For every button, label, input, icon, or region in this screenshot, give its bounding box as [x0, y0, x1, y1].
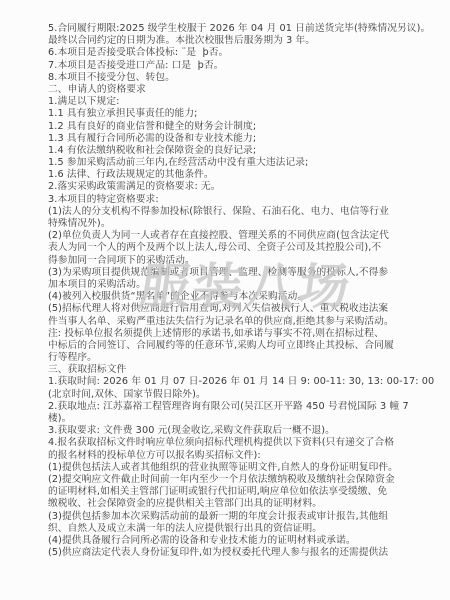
document-line: 楼)。 [48, 413, 440, 425]
document-line: 件当事人名单、采购严重违法失信行为记录名单的供应商,拒绝其参与采购活动。 [48, 316, 440, 328]
document-line: 1.4 有依法缴纳税收和社会保障资金的良好记录; [48, 145, 440, 157]
document-line: 行等程序。 [48, 352, 440, 364]
document-line: 得参加同一合同项下的采购活动。 [48, 255, 440, 267]
document-line: (4)被列入校服供货“黑名单”的企业不得参与本次采购活动。 [48, 291, 440, 303]
document-line: (4)提供具备履行合同所必需的设备和专业技术能力的证明材料或承诺。 [48, 535, 440, 547]
document-body: 5.合同履行期限:2025 级学生校服于 2026 年 04 月 01 日前送货… [48, 23, 440, 559]
document-line: 2.获取地点: 江苏嘉裕工程管理咨询有限公司(吴江区开平路 450 号君悦国际 … [48, 401, 440, 413]
document-line: 8.本项目不接受分包、转包。 [48, 72, 440, 84]
document-line: (2)提交响应文件截止时间前一年内至少一个月依法缴纳税收及缴纳社会保障资金 [48, 474, 440, 486]
document-line: 加本项目的采购活动。 [48, 279, 440, 291]
document-line: (5)供应商法定代表人身份证复印件,如为授权委托代理人参与报名的还需提供法 [48, 547, 440, 559]
document-line: 3.本项目的特定资格要求: [48, 194, 440, 206]
document-line: 4.报名获取招标文件时响应单位须向招标代理机构提供以下资料(只有递交了合格 [48, 437, 440, 449]
document-line: 二、申请人的资格要求 [48, 84, 440, 96]
document-line: 1.5 参加采购活动前三年内,在经营活动中没有重大违法记录; [48, 157, 440, 169]
document-line: 缴税收、社会保障资金的应提供相关主管部门出具的证明材料。 [48, 498, 440, 510]
document-line: 1.2 具有良好的商业信誉和健全的财务会计制度; [48, 121, 440, 133]
document-line: (1)法人的分支机构不得参加投标(除银行、保险、石油石化、电力、电信等行业 [48, 206, 440, 218]
document-line: (5)招标代理人将对供应商进行信用查询,对列入失信被执行人、重大税收违法案 [48, 303, 440, 315]
document-line: 表人为同一个人的两个及两个以上法人,母公司、全资子公司及其控股公司),不 [48, 242, 440, 254]
document-line: 中标后的合同签订、合同履约等的任意环节,采购人均可立即终止其投标、合同履 [48, 340, 440, 352]
document-line: 的报名材料的投标单位方可以报名购买招标文件): [48, 450, 440, 462]
document-line: 最终以合同约定的日期为准。本批次校服售后服务期为 3 年。 [48, 35, 440, 47]
document-line: 1.3 具有履行合同所必需的设备和专业技术能力; [48, 133, 440, 145]
document-line: (2)单位负责人为同一人或者存在直接控股、管理关系的不同供应商(包含法定代 [48, 230, 440, 242]
document-line: (3)提供包括参加本次采购活动前的最新一期的年度会计报表或审计报告,其他组 [48, 511, 440, 523]
document-line: (3)为采购项目提供规范编制或者项目管理、监理、检测等服务的投标人,不得参 [48, 267, 440, 279]
document-line: 2.落实采购政策需满足的资格要求: 无。 [48, 181, 440, 193]
document-line: 7.本项目是否接受进口产品: 口是 þ否。 [48, 60, 440, 72]
document-line: 特殊情况外)。 [48, 218, 440, 230]
document-line: 1.满足以下规定: [48, 96, 440, 108]
document-line: 3.获取要求: 文件费 300 元(现金收讫,采购文件获取后一概不退)。 [48, 425, 440, 437]
document-line: 1.1 具有独立承担民事责任的能力; [48, 108, 440, 120]
document-line: 注: 投标单位报名须提供上述情形的承诺书,如承诺与事实不符,则在招标过程、 [48, 328, 440, 340]
document-line: 6.本项目是否接受联合体投标: ¨是 þ否。 [48, 47, 440, 59]
document-line: (北京时间,双休、国家节假日除外)。 [48, 389, 440, 401]
document-line: 织、自然人及成立未满一年的法人应提供银行出具的资信证明。 [48, 523, 440, 535]
document-line: 1.获取时间: 2026 年 01 月 07 日-2026 年 01 月 14 … [48, 376, 440, 388]
document-line: 5.合同履行期限:2025 级学生校服于 2026 年 04 月 01 日前送货… [48, 23, 440, 35]
document-page: 服装八场 5.合同履行期限:2025 级学生校服于 2026 年 04 月 01… [0, 0, 450, 600]
document-line: 三、获取招标文件 [48, 364, 440, 376]
document-line: 的证明材料,如相关主管部门证明或银行代扣证明,响应单位如依法享受缓缴、免 [48, 486, 440, 498]
document-line: 1.6 法律、行政法规规定的其他条件。 [48, 169, 440, 181]
document-line: (1)提供包括法人或者其他组织的营业执照等证明文件,自然人的身份证明复印件。 [48, 462, 440, 474]
